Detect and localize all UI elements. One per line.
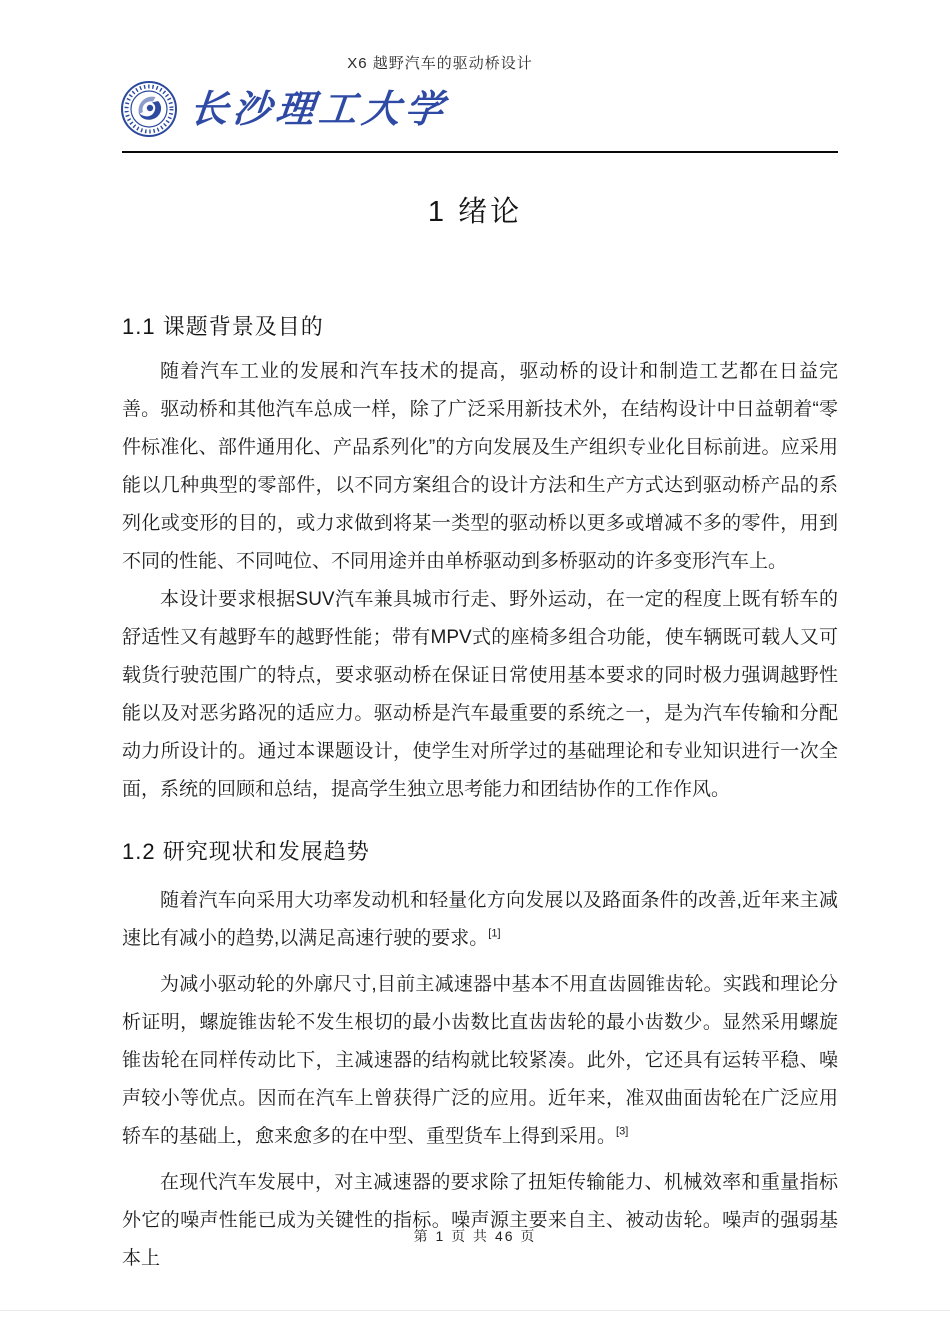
paragraph-trend-2: 为减小驱动轮的外廓尺寸,目前主减速器中基本不用直齿圆锥齿轮。实践和理论分析证明，… <box>122 966 838 1156</box>
paragraph-background-2: 本设计要求根据SUV汽车兼具城市行走、野外运动，在一定的程度上既有轿车的舒适性又… <box>122 581 838 809</box>
paragraph-text: 本设计要求根据SUV汽车兼具城市行走、野外运动，在一定的程度上既有轿车的舒适性又… <box>122 589 838 800</box>
paragraph-text: 随着汽车工业的发展和汽车技术的提高，驱动桥的设计和制造工艺都在日益完善。驱动桥和… <box>122 361 838 572</box>
document-body: 1.1 课题背景及目的 随着汽车工业的发展和汽车技术的提高，驱动桥的设计和制造工… <box>122 310 838 1278</box>
page-footer: 第 1 页 共 46 页 <box>0 1226 950 1246</box>
citation-ref-3: [3] <box>616 1126 628 1138</box>
university-name: 长沙理工大学 <box>188 90 450 128</box>
chapter-title: 1 绪论 <box>0 189 950 230</box>
page-bottom-edge <box>0 1310 950 1311</box>
university-logo: 长沙理工大学 <box>120 77 950 141</box>
paragraph-text: 在现代汽车发展中，对主减速器的要求除了扭矩传输能力、机械效率和重量指标外它的噪声… <box>122 1172 838 1269</box>
paragraph-background-1: 随着汽车工业的发展和汽车技术的提高，驱动桥的设计和制造工艺都在日益完善。驱动桥和… <box>122 353 838 581</box>
section-heading-1-2: 1.2 研究现状和发展趋势 <box>122 835 838 866</box>
citation-ref-1: [1] <box>488 928 500 940</box>
paragraph-text: 随着汽车向采用大功率发动机和轻量化方向发展以及路面条件的改善,近年来主减速比有减… <box>122 890 838 949</box>
paragraph-trend-3: 在现代汽车发展中，对主减速器的要求除了扭矩传输能力、机械效率和重量指标外它的噪声… <box>122 1164 838 1278</box>
header-divider <box>122 151 838 153</box>
paragraph-text: 为减小驱动轮的外廓尺寸,目前主减速器中基本不用直齿圆锥齿轮。实践和理论分析证明，… <box>122 974 838 1147</box>
paragraph-trend-1: 随着汽车向采用大功率发动机和轻量化方向发展以及路面条件的改善,近年来主减速比有减… <box>122 882 838 958</box>
university-emblem-icon <box>120 80 178 138</box>
header-doc-title: X6 越野汽车的驱动桥设计 <box>0 0 880 73</box>
section-heading-1-1: 1.1 课题背景及目的 <box>122 310 838 341</box>
document-page: X6 越野汽车的驱动桥设计 长沙理工大学 1 绪论 1.1 课题背景及目的 随着… <box>0 0 950 1320</box>
page-header: X6 越野汽车的驱动桥设计 长沙理工大学 <box>0 0 950 153</box>
